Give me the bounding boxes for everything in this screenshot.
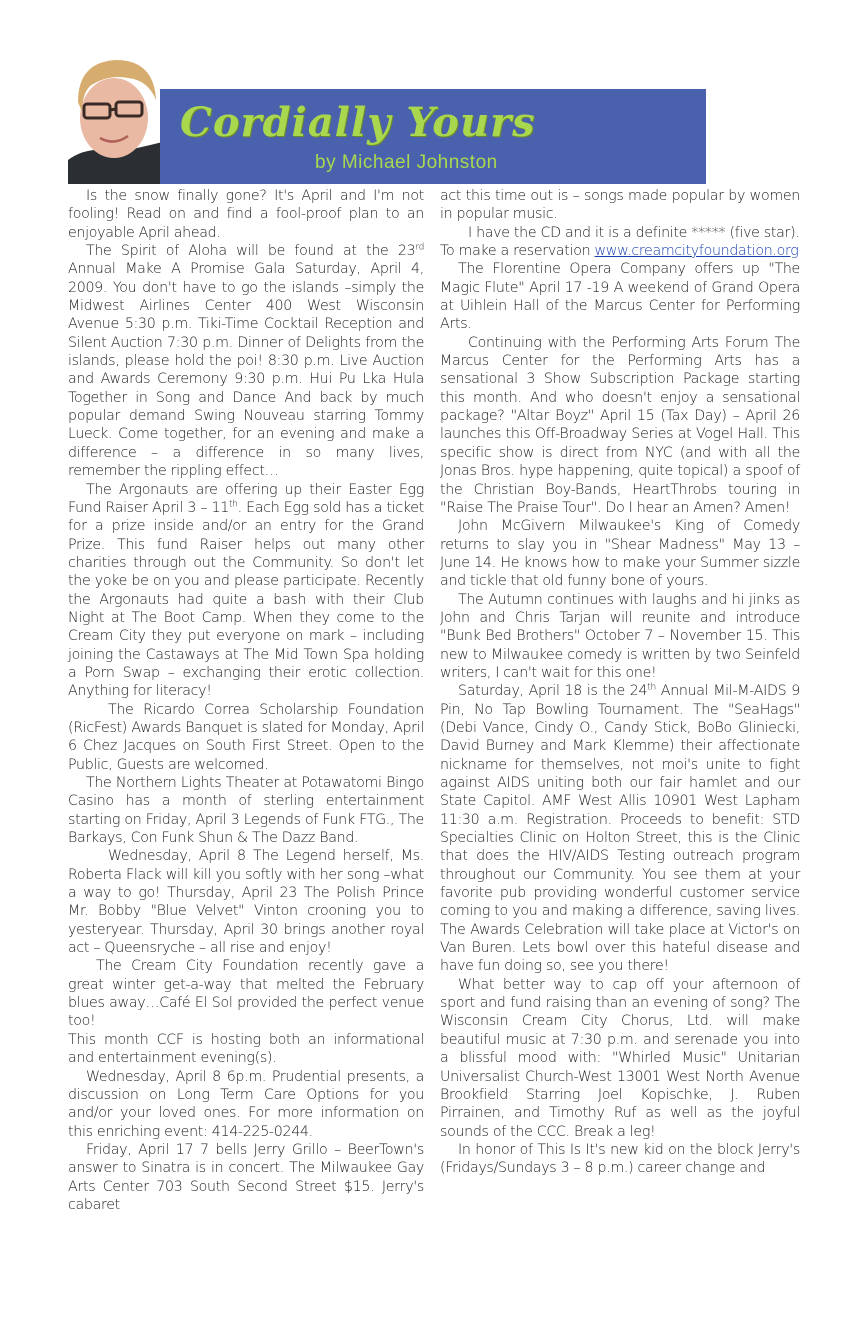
author-photo bbox=[68, 50, 170, 184]
paragraph: Continuing with the Performing Arts Foru… bbox=[440, 334, 800, 517]
paragraph: The Florentine Opera Company offers up "… bbox=[440, 260, 800, 333]
paragraph: The Spirit of Aloha will be found at the… bbox=[68, 242, 424, 480]
paragraph: The Ricardo Correa Scholarship Foundatio… bbox=[68, 701, 424, 774]
paragraph: To make a reservation www.creamcityfound… bbox=[440, 242, 800, 260]
paragraph: Saturday, April 18 is the 24th Annual Mi… bbox=[440, 682, 800, 976]
right-column: act this time out is – songs made popula… bbox=[440, 187, 800, 1178]
paragraph: This month CCF is hosting both an inform… bbox=[68, 1031, 424, 1068]
paragraph: Is the snow finally gone? It's April and… bbox=[68, 187, 424, 242]
left-column: Is the snow finally gone? It's April and… bbox=[68, 187, 424, 1214]
paragraph: The Autumn continues with laughs and hi … bbox=[440, 591, 800, 683]
paragraph: I have the CD and it is a definite *****… bbox=[440, 224, 800, 242]
paragraph: Wednesday, April 8 The Legend herself, M… bbox=[68, 847, 424, 957]
paragraph: What better way to cap off your afternoo… bbox=[440, 976, 800, 1141]
column-title: Cordially Yours bbox=[180, 99, 536, 146]
column-header-banner: Cordially Yours by Michael Johnston bbox=[160, 89, 706, 184]
paragraph: In honor of This Is It's new kid on the … bbox=[440, 1141, 800, 1178]
byline: by Michael Johnston bbox=[315, 152, 498, 174]
paragraph: The Northern Lights Theater at Potawatom… bbox=[68, 774, 424, 847]
paragraph: The Argonauts are offering up their East… bbox=[68, 481, 424, 701]
paragraph: John McGivern Milwaukee's King of Comedy… bbox=[440, 517, 800, 590]
paragraph: The Cream City Foundation recently gave … bbox=[68, 957, 424, 1030]
paragraph: Wednesday, April 8 6p.m. Prudential pres… bbox=[68, 1068, 424, 1141]
paragraph: act this time out is – songs made popula… bbox=[440, 187, 800, 224]
cream-city-foundation-link[interactable]: www.creamcityfoundation.org bbox=[595, 243, 799, 259]
paragraph: Friday, April 17 7 bells Jerry Grillo – … bbox=[68, 1141, 424, 1214]
